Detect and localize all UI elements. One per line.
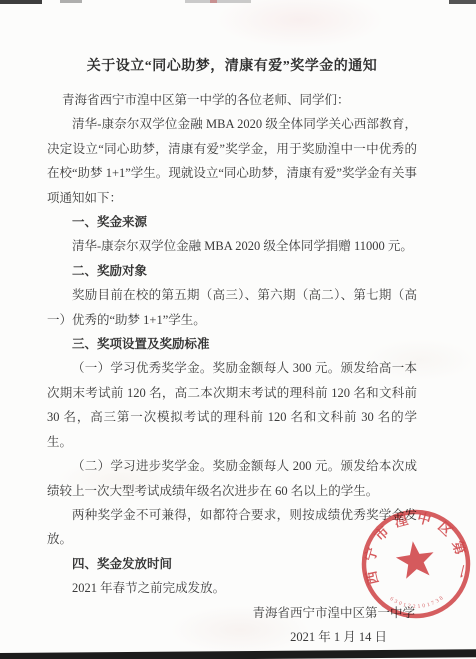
salutation: 青海省西宁市湟中区第一中学的各位老师、同学们： — [47, 88, 417, 112]
scan-artifact — [210, 0, 217, 3]
section-heading-funding-source: 一、奖金来源 — [47, 210, 417, 234]
section-heading-award-targets: 二、奖励对象 — [47, 259, 417, 283]
section-paragraph: 奖励目前在校的第五期（高三）、第六期（高二）、第七期（高一）优秀的“助梦 1+1… — [47, 283, 417, 332]
scan-artifact — [185, 0, 251, 3]
notice-title: 关于设立“同心助梦，清康有爱”奖学金的通知 — [47, 54, 417, 80]
scanned-notice-page: 关于设立“同心助梦，清康有爱”奖学金的通知 青海省西宁市湟中区第一中学的各位老师… — [0, 0, 476, 659]
scan-artifact — [449, 0, 476, 4]
intro-paragraph: 清华-康奈尔双学位金融 MBA 2020 级全体同学关心西部教育，决定设立“同心… — [47, 112, 417, 210]
signature-date: 2021 年 1 月 14 日 — [47, 625, 417, 649]
official-seal: 西宁市湟中区第一中学 630122101738 — [349, 497, 476, 630]
section-paragraph: （一）学习优秀奖学金。奖励金额每人 300 元。颁发给高一本次期末考试前 120… — [47, 356, 417, 454]
section-paragraph: 清华-康奈尔双学位金融 MBA 2020 级全体同学捐赠 11000 元。 — [47, 234, 417, 258]
scan-artifact — [60, 0, 82, 3]
section-paragraph: （二）学习进步奖学金。奖励金额每人 200 元。颁发给本次成绩较上一次大型考试成… — [47, 454, 417, 503]
scan-artifact — [0, 0, 42, 4]
star-icon — [394, 539, 437, 580]
official-seal-graphic: 西宁市湟中区第一中学 630122101738 — [349, 497, 476, 630]
scan-edge-artifact — [0, 649, 476, 659]
section-heading-award-criteria: 三、奖项设置及奖励标准 — [47, 332, 417, 356]
